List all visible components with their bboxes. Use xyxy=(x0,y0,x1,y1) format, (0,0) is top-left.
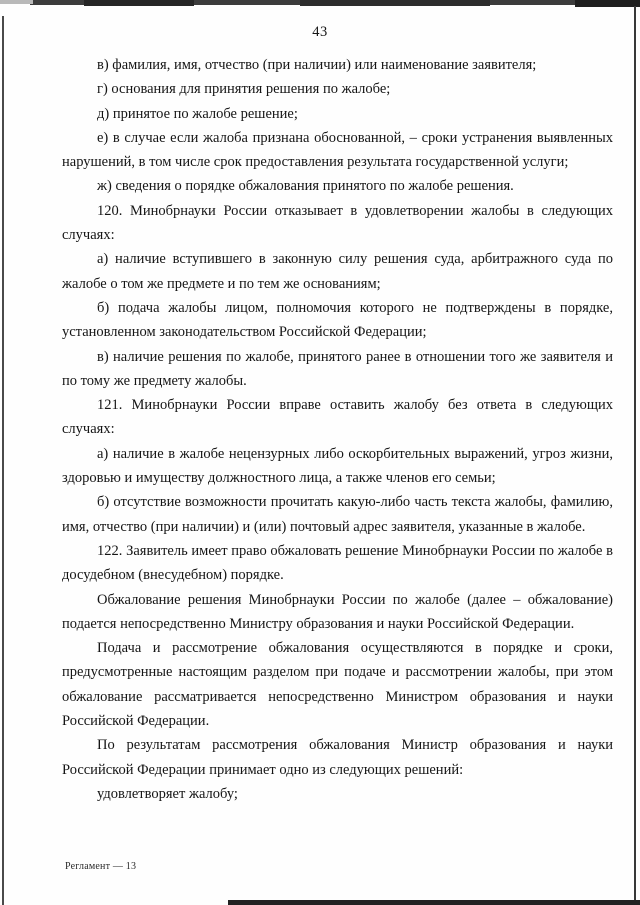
scan-artifact-right-line xyxy=(634,6,636,905)
paragraph-clause-121: 121. Минобрнауки России вправе оставить … xyxy=(62,393,613,442)
paragraph-item-b2: б) отсутствие возможности прочитать каку… xyxy=(62,490,613,539)
document-body: в) фамилия, имя, отчество (при наличии) … xyxy=(62,53,613,806)
page-number: 43 xyxy=(0,24,640,41)
scan-artifact-top-dark1 xyxy=(84,0,194,6)
paragraph-appeal-submission: Обжалование решения Минобрнауки России п… xyxy=(62,588,613,637)
paragraph-item-v2: в) наличие решения по жалобе, принятого … xyxy=(62,345,613,394)
paragraph-item-a: а) наличие вступившего в законную силу р… xyxy=(62,247,613,296)
paragraph-item-zh: ж) сведения о порядке обжалования принят… xyxy=(62,174,613,198)
scan-artifact-top-dark2 xyxy=(300,0,490,6)
scan-artifact-top-light xyxy=(0,0,33,4)
paragraph-clause-120: 120. Минобрнауки России отказывает в удо… xyxy=(62,199,613,248)
paragraph-minister-decisions: По результатам рассмотрения обжалования … xyxy=(62,733,613,782)
paragraph-satisfies-complaint: удовлетворяет жалобу; xyxy=(62,782,613,806)
paragraph-item-g: г) основания для принятия решения по жал… xyxy=(62,77,613,101)
scan-artifact-left-line xyxy=(2,16,4,905)
footer-label: Регламент — 13 xyxy=(65,861,136,872)
paragraph-appeal-procedure: Подача и рассмотрение обжалования осущес… xyxy=(62,636,613,733)
paragraph-clause-122: 122. Заявитель имеет право обжаловать ре… xyxy=(62,539,613,588)
paragraph-item-b: б) подача жалобы лицом, полномочия котор… xyxy=(62,296,613,345)
paragraph-item-d: д) принятое по жалобе решение; xyxy=(62,102,613,126)
paragraph-item-e: е) в случае если жалоба признана обоснов… xyxy=(62,126,613,175)
document-page: 43 в) фамилия, имя, отчество (при наличи… xyxy=(0,0,640,905)
scan-artifact-top-dark3 xyxy=(575,0,640,7)
scan-artifact-bottom-bar xyxy=(228,900,640,905)
paragraph-item-a2: а) наличие в жалобе нецензурных либо оск… xyxy=(62,442,613,491)
paragraph-item-v: в) фамилия, имя, отчество (при наличии) … xyxy=(62,53,613,77)
